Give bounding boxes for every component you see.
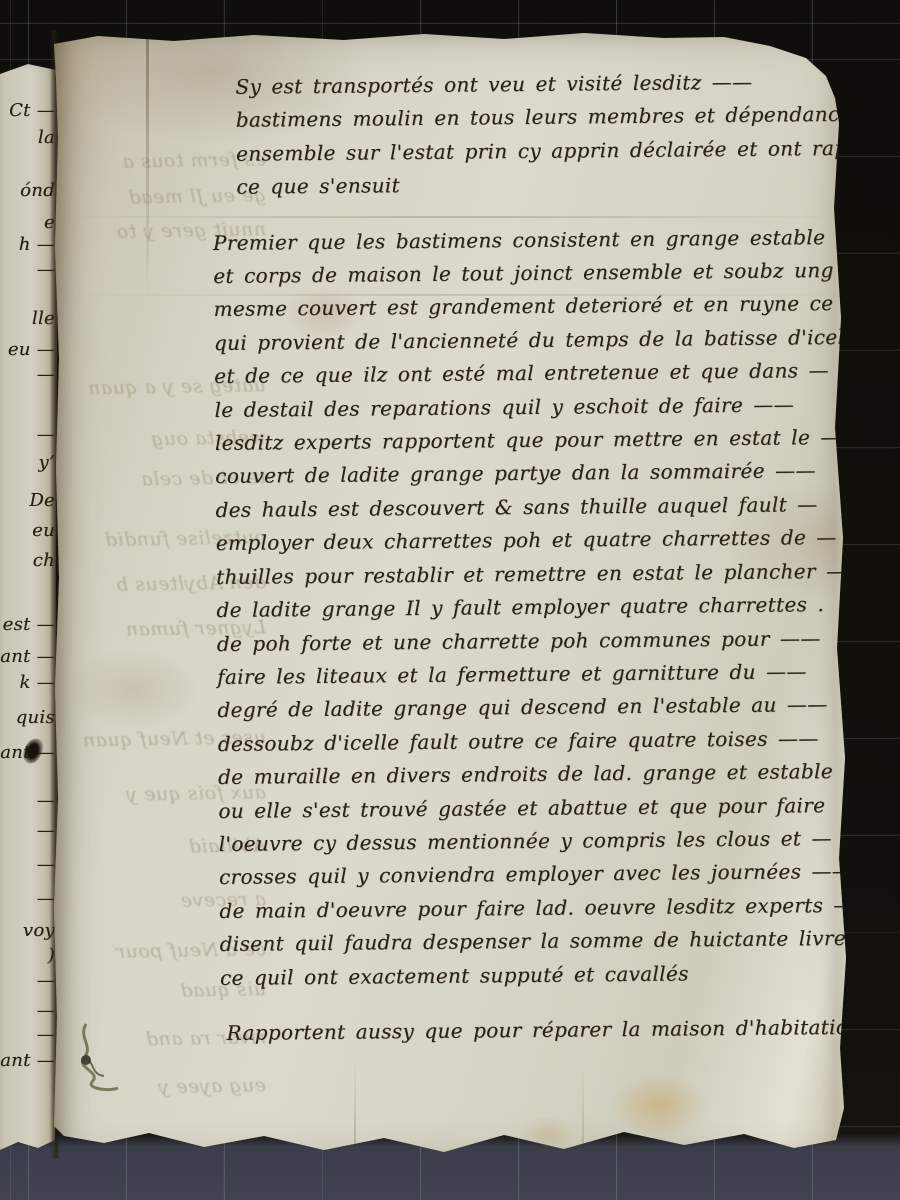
manuscript-line: degré de ladite grange qui descend en l'… <box>217 688 845 727</box>
manuscript-line: ce que s'ensuit <box>236 165 840 204</box>
manuscript-line: crosses quil y conviendra employer avec … <box>219 855 847 894</box>
manuscript-line: ensemble sur l'estat prin cy apprin décl… <box>236 132 840 171</box>
line-fragment: est — <box>3 614 55 636</box>
manuscript-line: bastimens moulin en tous leurs membres e… <box>236 98 840 137</box>
manuscript-line: ce quil ont exactement supputé et cavall… <box>220 955 848 994</box>
paragraph-intro: Sy est transportés ont veu et visité les… <box>235 65 840 204</box>
manuscript-line: de ladite grange Il y fault employer qua… <box>216 588 844 627</box>
line-fragment: tant — <box>0 646 55 668</box>
line-fragment: Ct — <box>9 100 55 122</box>
manuscript-page: es ferm tous a ge eu Jl mead nnuit gere … <box>54 28 850 1168</box>
paragraph-rapportent: Rapportent aussy que pour réparer la mai… <box>226 1011 848 1050</box>
manuscript-line: de muraille en divers endroits de lad. g… <box>218 755 846 794</box>
manuscript-line: et de ce que ilz ont esté mal entretenue… <box>214 354 842 393</box>
manuscript-text: Sy est transportés ont veu et visité les… <box>199 65 848 1050</box>
manuscript-line: employer deux charrettes poh et quatre c… <box>216 521 844 560</box>
line-fragment: ant — <box>0 1050 55 1072</box>
photo-background: Ct — la ónd e h — — lle eu — — — y’ <box>0 0 900 1200</box>
manuscript-line: Rapportent aussy que pour réparer la mai… <box>226 1011 848 1050</box>
manuscript-line: disent quil faudra despenser la somme de… <box>220 922 848 961</box>
paragraph-premier: Premier que les bastimens consistent en … <box>213 221 848 995</box>
line-fragment: eu — <box>8 339 55 361</box>
binding-thread <box>48 1018 158 1108</box>
